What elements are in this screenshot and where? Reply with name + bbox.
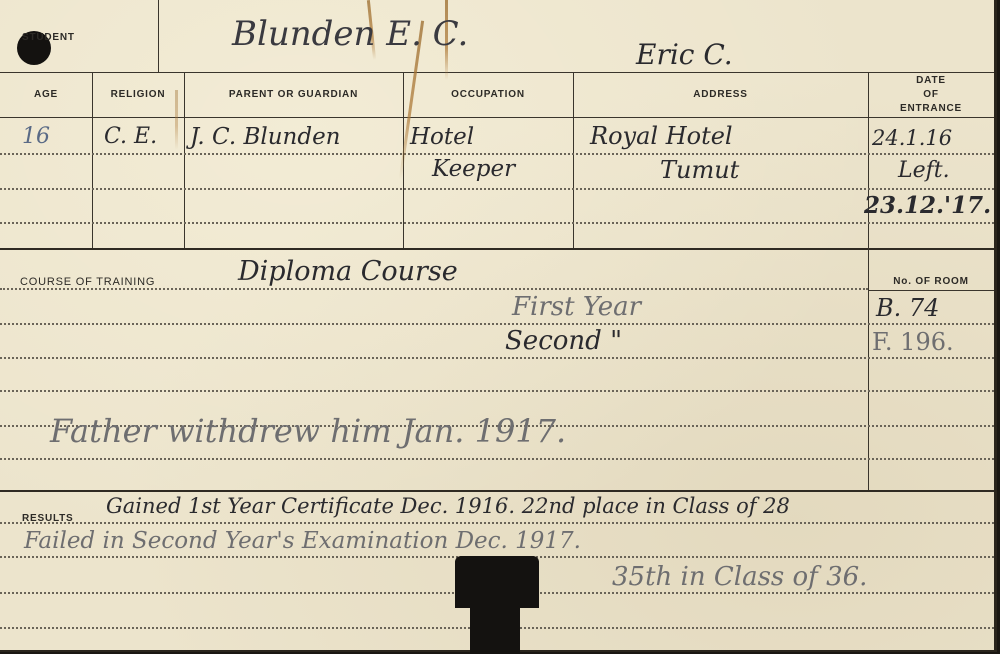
student-record-card: STUDENT Blunden E. C. Eric C. AGE RELIGI… [0,0,997,652]
parent-value: J. C. Blunden [190,124,341,150]
room-value-1: B. 74 [876,294,939,322]
student-name-alt: Eric C. [636,38,733,71]
header-parent: PARENT OR GUARDIAN [184,89,403,100]
dotted-rule [0,188,994,190]
dotted-rule [0,153,994,155]
dotted-rule [0,222,994,224]
results-line-1: Gained 1st Year Certificate Dec. 1916. 2… [106,494,790,518]
index-tab-cutout-stem [470,600,520,654]
results-label: RESULTS [22,513,74,524]
dotted-rule [0,357,994,359]
occupation-value-1: Hotel [410,124,474,150]
header-date-2: OF [868,89,994,100]
religion-value: C. E. [104,124,157,149]
header-age: AGE [0,89,92,100]
room-header-rule [868,290,994,291]
section-rule [0,248,994,250]
header-date-3: ENTRANCE [868,103,994,114]
header-date-1: DATE [868,75,994,86]
left-label: Left. [898,158,950,183]
dotted-rule [0,288,868,290]
dotted-rule [0,522,994,524]
section-rule [0,490,994,492]
occupation-value-2: Keeper [432,156,515,182]
dotted-rule [0,458,994,460]
date-left-value: 23.12.'17. [864,192,991,219]
course-label: COURSE OF TRAINING [20,276,155,288]
withdrawal-note: Father withdrew him Jan. 1917. [50,412,566,450]
course-line-2: First Year [512,292,641,322]
rule [0,117,994,118]
student-label-divider [158,0,159,72]
room-label: No. OF ROOM [868,276,994,287]
age-value: 16 [22,124,50,149]
address-value-2: Tumut [660,156,739,184]
date-entrance-value: 24.1.16 [872,126,952,150]
header-occupation: OCCUPATION [403,89,573,100]
header-religion: RELIGION [92,89,184,100]
address-value-1: Royal Hotel [590,122,733,150]
student-label: STUDENT [22,32,75,43]
course-line-3: Second " [505,326,622,356]
room-value-2: F. 196. [872,328,954,356]
course-line-1: Diploma Course [238,256,458,287]
rule [0,72,994,73]
dotted-rule [0,323,994,325]
header-address: ADDRESS [573,89,868,100]
dotted-rule [0,390,994,392]
student-name: Blunden E. C. [232,14,468,54]
results-line-2: Failed in Second Year's Examination Dec.… [24,528,581,554]
results-line-3: 35th in Class of 36. [612,562,867,592]
